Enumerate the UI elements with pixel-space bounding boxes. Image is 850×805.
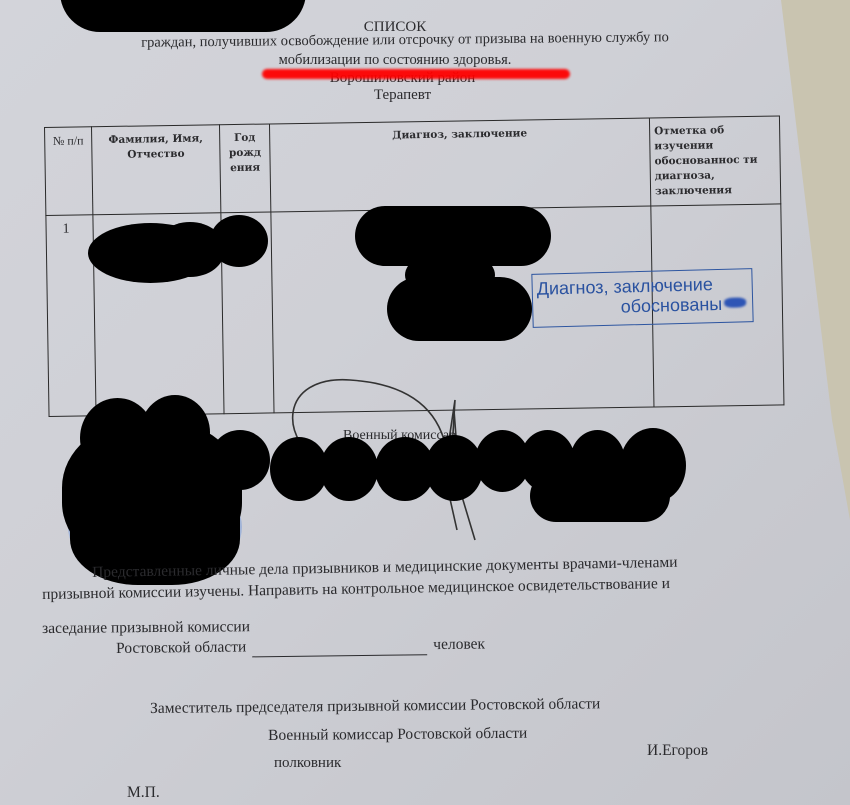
header-number: № п/п <box>45 127 93 216</box>
stamp-line2: обоснованы <box>620 293 722 318</box>
region-label: Ростовской области <box>116 638 246 657</box>
redaction-diagnosis-3 <box>405 250 495 300</box>
redaction-signature-block-14 <box>530 470 670 522</box>
header-full-name: Фамилия, Имя, Отчество <box>92 125 221 215</box>
redaction-signature-block-9 <box>425 435 483 501</box>
specialty-label: Терапевт <box>0 87 805 104</box>
seal-place-mark: М.П. <box>127 784 160 802</box>
people-label: человек <box>433 635 485 653</box>
signatory-rank: полковник <box>274 755 341 772</box>
header-diagnosis: Диагноз, заключение <box>269 118 650 212</box>
document-subtitle-line2: мобилизации по состоянию здоровья. <box>0 52 790 69</box>
table-header-row: № п/п Фамилия, Имя, Отчество Год рожд ен… <box>45 116 781 216</box>
row-number: 1 <box>46 215 96 417</box>
red-highlight-line <box>262 69 570 79</box>
redaction-signature-block-7 <box>320 437 378 501</box>
signatory-position2: Военный комиссар Ростовской области <box>268 725 527 745</box>
count-blank-field <box>252 636 427 657</box>
body-text-line3: заседание призывной комиссии <box>42 618 250 638</box>
header-review-mark: Отметка об изучении обоснованнос ти диаг… <box>649 116 780 206</box>
redaction-signature-block-5 <box>210 430 270 490</box>
signatory-name: И.Егоров <box>647 742 708 760</box>
approval-stamp: Диагноз, заключение обоснованы <box>531 268 753 328</box>
stamp-signature-smudge <box>724 297 746 308</box>
redaction-birth-year <box>210 215 268 267</box>
header-birth-year: Год рожд ения <box>219 124 270 213</box>
